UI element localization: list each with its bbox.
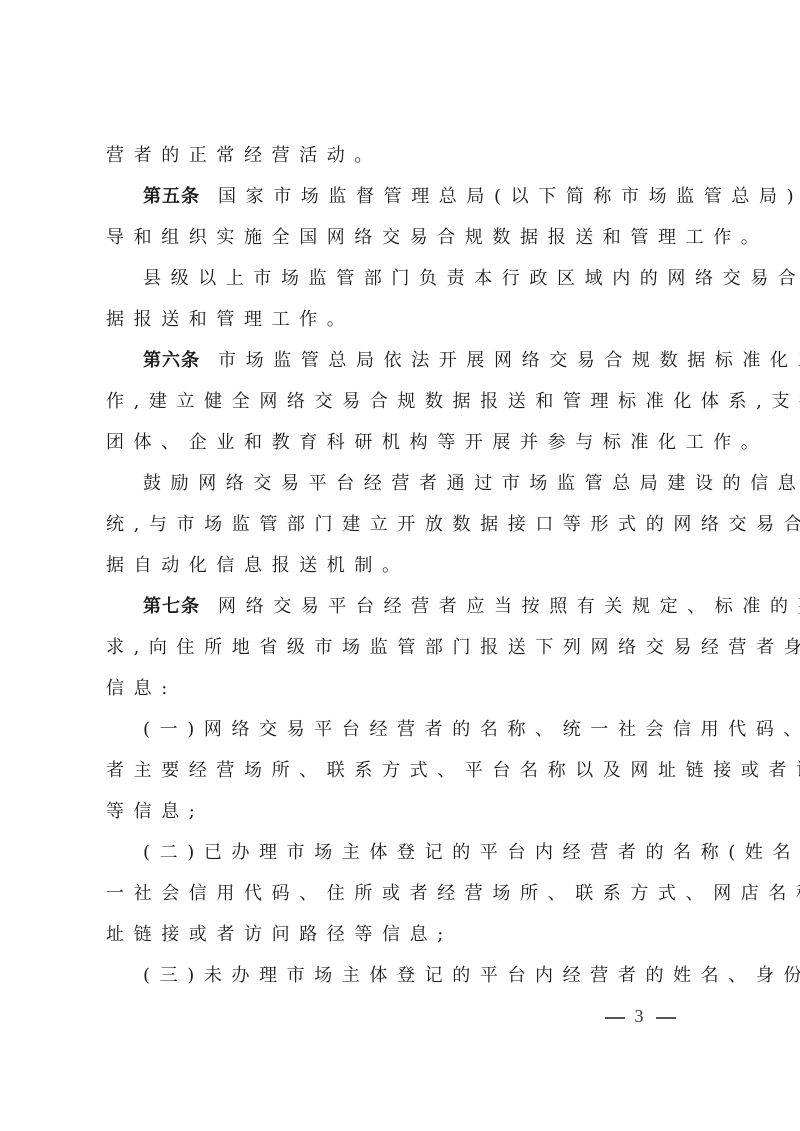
paragraph-text: 国家市场监督管理总局(以下简称市场监管总局)指 [218,186,800,207]
dash-left [605,1017,625,1019]
paragraph-line: 营者的正常经营活动。 [106,135,698,176]
paragraph-line: 县级以上市场监管部门负责本行政区域内的网络交易合规数 [106,258,698,299]
page-number: 3 [635,1006,646,1026]
list-item-3-line: (三)未办理市场主体登记的平台内经营者的姓名、身份证件 [106,955,698,996]
article-7-line-1: 第七条网络交易平台经营者应当按照有关规定、标准的要 [106,586,698,627]
list-item-1-line: 等信息; [106,791,698,832]
list-item-2-line: 址链接或者访问路径等信息; [106,914,698,955]
paragraph-line: 统,与市场监管部门建立开放数据接口等形式的网络交易合规数 [106,504,698,545]
article-heading: 第五条 [143,186,200,207]
paragraph-text: 网络交易平台经营者应当按照有关规定、标准的要 [218,596,800,617]
document-page: 营者的正常经营活动。 第五条国家市场监督管理总局(以下简称市场监管总局)指 导和… [106,135,698,996]
dash-right [656,1017,676,1019]
article-heading: 第六条 [143,350,200,371]
list-item-2-line: (二)已办理市场主体登记的平台内经营者的名称(姓名)、统 [106,832,698,873]
list-item-2-line: 一社会信用代码、住所或者经营场所、联系方式、网店名称以及网 [106,873,698,914]
paragraph-text: 市场监管总局依法开展网络交易合规数据标准化工 [218,350,800,371]
paragraph-line: 求,向住所地省级市场监管部门报送下列网络交易经营者身份 [106,627,698,668]
article-5-line-1: 第五条国家市场监督管理总局(以下简称市场监管总局)指 [106,176,698,217]
list-item-1-line: 者主要经营场所、联系方式、平台名称以及网址链接或者访问路径 [106,750,698,791]
article-6-line-1: 第六条市场监管总局依法开展网络交易合规数据标准化工 [106,340,698,381]
paragraph-line: 作,建立健全网络交易合规数据报送和管理标准化体系,支持社会 [106,381,698,422]
page-number-footer: 3 [590,1006,690,1027]
list-item-1-line: (一)网络交易平台经营者的名称、统一社会信用代码、住所或 [106,709,698,750]
article-heading: 第七条 [143,596,200,617]
paragraph-line: 据自动化信息报送机制。 [106,545,698,586]
paragraph-line: 导和组织实施全国网络交易合规数据报送和管理工作。 [106,217,698,258]
paragraph-line: 信息: [106,668,698,709]
paragraph-line: 鼓励网络交易平台经营者通过市场监管总局建设的信息化系 [106,463,698,504]
paragraph-line: 据报送和管理工作。 [106,299,698,340]
paragraph-line: 团体、企业和教育科研机构等开展并参与标准化工作。 [106,422,698,463]
